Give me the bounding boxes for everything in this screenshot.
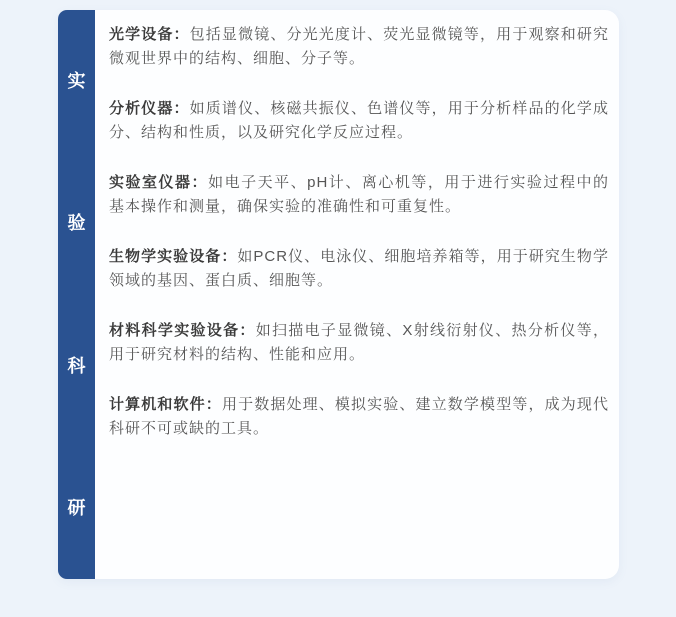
sidebar-char-2: 验 bbox=[68, 214, 86, 232]
paragraph-list: 光学设备：包括显微镜、分光光度计、荧光显微镜等，用于观察和研究微观世界中的结构、… bbox=[95, 10, 619, 579]
paragraph-heading: 计算机和软件： bbox=[109, 396, 222, 413]
sidebar-char-3: 科 bbox=[68, 357, 86, 375]
sidebar-char-4: 研 bbox=[68, 499, 86, 517]
paragraph-optical-equipment: 光学设备：包括显微镜、分光光度计、荧光显微镜等，用于观察和研究微观世界中的结构、… bbox=[109, 23, 609, 71]
vertical-title-bar: 实 验 科 研 bbox=[58, 10, 95, 579]
paragraph-computers-software: 计算机和软件：用于数据处理、模拟实验、建立数学模型等，成为现代科研不可或缺的工具… bbox=[109, 393, 609, 441]
content-card: 实 验 科 研 光学设备：包括显微镜、分光光度计、荧光显微镜等，用于观察和研究微… bbox=[58, 10, 619, 579]
paragraph-heading: 材料科学实验设备： bbox=[109, 322, 256, 339]
paragraph-heading: 分析仪器： bbox=[109, 100, 190, 117]
paragraph-analytical-instruments: 分析仪器：如质谱仪、核磁共振仪、色谱仪等，用于分析样品的化学成分、结构和性质，以… bbox=[109, 97, 609, 145]
sidebar-char-1: 实 bbox=[68, 72, 86, 90]
paragraph-heading: 光学设备： bbox=[109, 26, 190, 43]
paragraph-lab-instruments: 实验室仪器：如电子天平、pH计、离心机等，用于进行实验过程中的基本操作和测量，确… bbox=[109, 171, 609, 219]
paragraph-heading: 生物学实验设备： bbox=[109, 248, 237, 265]
paragraph-biology-equipment: 生物学实验设备：如PCR仪、电泳仪、细胞培养箱等，用于研究生物学领域的基因、蛋白… bbox=[109, 245, 609, 293]
paragraph-heading: 实验室仪器： bbox=[109, 174, 208, 191]
paragraph-materials-equipment: 材料科学实验设备：如扫描电子显微镜、X射线衍射仪、热分析仪等，用于研究材料的结构… bbox=[109, 319, 609, 367]
